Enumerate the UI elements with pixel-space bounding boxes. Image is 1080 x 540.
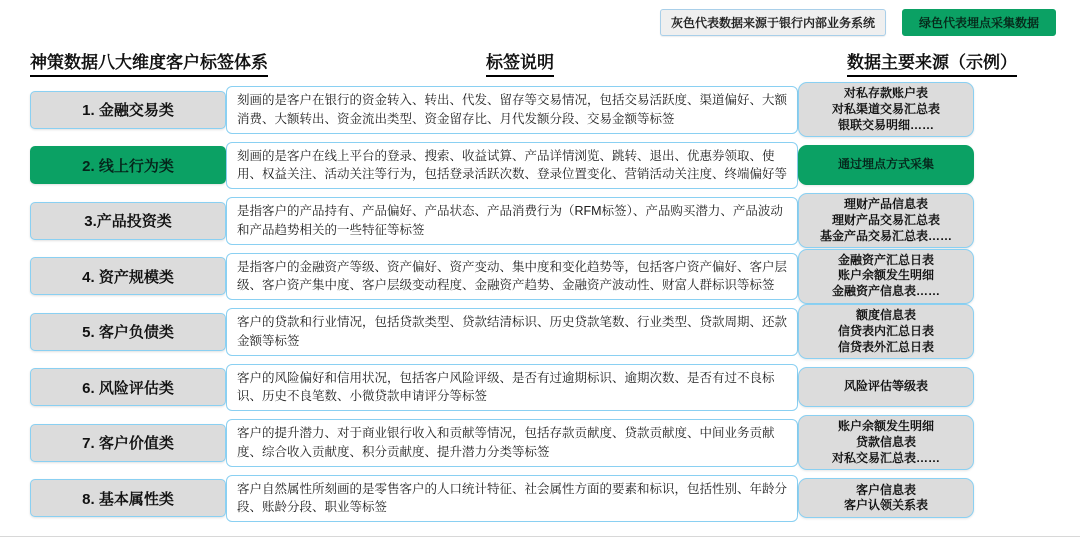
- source-box: 账户余额发生明细 贷款信息表 对私交易汇总表……: [798, 415, 974, 470]
- description-box: 客户的风险偏好和信用状况，包括客户风险评级、是否有过逾期标识、逾期次数、是否有过…: [226, 364, 798, 412]
- category-box: 6. 风险评估类: [30, 368, 226, 406]
- description-text: 客户的贷款和行业情况，包括贷款类型、贷款结清标识、历史贷款笔数、行业类型、贷款周…: [237, 313, 787, 351]
- category-box: 4. 资产规模类: [30, 257, 226, 295]
- tag-row: 2. 线上行为类 刻画的是客户在线上平台的登录、搜索、收益试算、产品详情浏览、跳…: [0, 138, 1080, 194]
- source-line: 基金产品交易汇总表……: [820, 229, 952, 245]
- description-box: 客户的贷款和行业情况，包括贷款类型、贷款结清标识、历史贷款笔数、行业类型、贷款周…: [226, 308, 798, 356]
- description-box: 客户的提升潜力、对于商业银行收入和贡献等情况，包括存款贡献度、贷款贡献度、中间业…: [226, 419, 798, 467]
- header-description: 标签说明: [440, 48, 600, 77]
- source-line: 对私存款账户表: [844, 86, 928, 102]
- tag-row: 1. 金融交易类 刻画的是客户在银行的资金转入、转出、代发、留存等交易情况，包括…: [0, 82, 1080, 138]
- description-text: 是指客户的金融资产等级、资产偏好、资产变动、集中度和变化趋势等，包括客户资产偏好…: [237, 258, 787, 296]
- tag-matrix: 1. 金融交易类 刻画的是客户在银行的资金转入、转出、代发、留存等交易情况，包括…: [0, 82, 1080, 526]
- tag-row: 6. 风险评估类 客户的风险偏好和信用状况，包括客户风险评级、是否有过逾期标识、…: [0, 360, 1080, 416]
- description-text: 客户的提升潜力、对于商业银行收入和贡献等情况，包括存款贡献度、贷款贡献度、中间业…: [237, 424, 787, 462]
- header-categories: 神策数据八大维度客户标签体系: [30, 48, 268, 77]
- source-line: 银联交易明细……: [838, 118, 934, 134]
- slide-bottom-border: [0, 536, 1080, 537]
- source-line: 风险评估等级表: [844, 379, 928, 395]
- legend-green-badge: 绿色代表埋点采集数据: [902, 9, 1056, 36]
- description-box: 刻画的是客户在银行的资金转入、转出、代发、留存等交易情况，包括交易活跃度、渠道偏…: [226, 86, 798, 134]
- tag-row: 7. 客户价值类 客户的提升潜力、对于商业银行收入和贡献等情况，包括存款贡献度、…: [0, 415, 1080, 471]
- tag-row: 4. 资产规模类 是指客户的金融资产等级、资产偏好、资产变动、集中度和变化趋势等…: [0, 249, 1080, 305]
- tag-row: 5. 客户负债类 客户的贷款和行业情况，包括贷款类型、贷款结清标识、历史贷款笔数…: [0, 304, 1080, 360]
- description-box: 是指客户的产品持有、产品偏好、产品状态、产品消费行为（RFM标签）、产品购买潜力…: [226, 197, 798, 245]
- legend-gray-badge: 灰色代表数据来源于银行内部业务系统: [660, 9, 886, 36]
- source-box: 风险评估等级表: [798, 367, 974, 407]
- description-text: 客户自然属性所刻画的是零售客户的人口统计特征、社会属性方面的要素和标识，包括性别…: [237, 480, 787, 518]
- legend: 灰色代表数据来源于银行内部业务系统 绿色代表埋点采集数据: [660, 9, 1056, 36]
- source-line: 贷款信息表: [856, 435, 916, 451]
- source-line: 额度信息表: [856, 308, 916, 324]
- source-box: 通过埋点方式采集: [798, 145, 974, 185]
- description-text: 刻画的是客户在银行的资金转入、转出、代发、留存等交易情况，包括交易活跃度、渠道偏…: [237, 91, 787, 129]
- source-box: 理财产品信息表 理财产品交易汇总表 基金产品交易汇总表……: [798, 193, 974, 248]
- category-box: 2. 线上行为类: [30, 146, 226, 184]
- source-line: 客户认领关系表: [844, 498, 928, 514]
- category-box: 3.产品投资类: [30, 202, 226, 240]
- header-sources: 数据主要来源（示例）: [812, 48, 1052, 77]
- description-box: 刻画的是客户在线上平台的登录、搜索、收益试算、产品详情浏览、跳转、退出、优惠券领…: [226, 142, 798, 190]
- source-line: 信贷表内汇总日表: [838, 324, 934, 340]
- source-line: 金融资产汇总日表: [838, 253, 934, 269]
- slide: 灰色代表数据来源于银行内部业务系统 绿色代表埋点采集数据 神策数据八大维度客户标…: [0, 0, 1080, 540]
- category-box: 7. 客户价值类: [30, 424, 226, 462]
- category-box: 1. 金融交易类: [30, 91, 226, 129]
- category-box: 8. 基本属性类: [30, 479, 226, 517]
- source-box: 对私存款账户表 对私渠道交易汇总表 银联交易明细……: [798, 82, 974, 137]
- description-text: 是指客户的产品持有、产品偏好、产品状态、产品消费行为（RFM标签）、产品购买潜力…: [237, 202, 787, 240]
- description-text: 刻画的是客户在线上平台的登录、搜索、收益试算、产品详情浏览、跳转、退出、优惠券领…: [237, 147, 787, 185]
- source-line: 理财产品信息表: [844, 197, 928, 213]
- tag-row: 3.产品投资类 是指客户的产品持有、产品偏好、产品状态、产品消费行为（RFM标签…: [0, 193, 1080, 249]
- source-box: 金融资产汇总日表 账户余额发生明细 金融资产信息表……: [798, 249, 974, 304]
- source-line: 账户余额发生明细: [838, 268, 934, 284]
- description-box: 是指客户的金融资产等级、资产偏好、资产变动、集中度和变化趋势等，包括客户资产偏好…: [226, 253, 798, 301]
- source-box: 额度信息表 信贷表内汇总日表 信贷表外汇总日表: [798, 304, 974, 359]
- source-line: 客户信息表: [856, 483, 916, 499]
- tag-row: 8. 基本属性类 客户自然属性所刻画的是零售客户的人口统计特征、社会属性方面的要…: [0, 471, 1080, 527]
- description-text: 客户的风险偏好和信用状况，包括客户风险评级、是否有过逾期标识、逾期次数、是否有过…: [237, 369, 787, 407]
- source-line: 对私交易汇总表……: [832, 451, 940, 467]
- source-line: 金融资产信息表……: [832, 284, 940, 300]
- source-line: 对私渠道交易汇总表: [832, 102, 940, 118]
- description-box: 客户自然属性所刻画的是零售客户的人口统计特征、社会属性方面的要素和标识，包括性别…: [226, 475, 798, 523]
- source-box: 客户信息表 客户认领关系表: [798, 478, 974, 518]
- source-line: 通过埋点方式采集: [838, 157, 934, 173]
- source-line: 理财产品交易汇总表: [832, 213, 940, 229]
- source-line: 账户余额发生明细: [838, 419, 934, 435]
- category-box: 5. 客户负债类: [30, 313, 226, 351]
- source-line: 信贷表外汇总日表: [838, 340, 934, 356]
